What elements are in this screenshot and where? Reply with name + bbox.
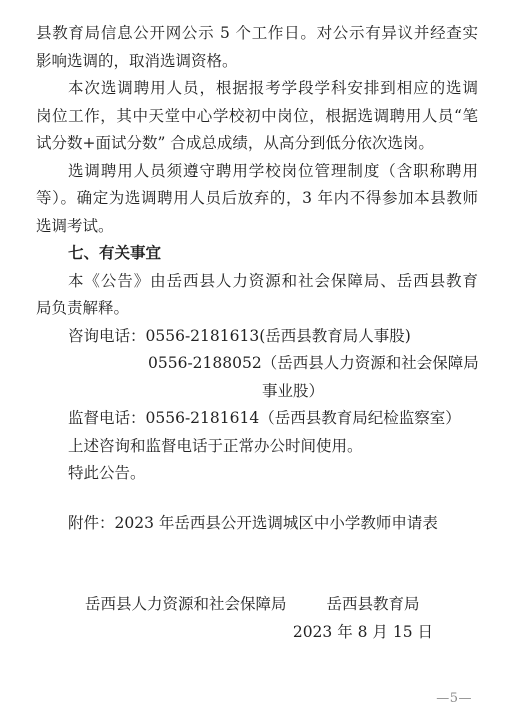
doc-line: 咨询电话：0556-2181613(岳西县教育局人事股): [36, 323, 478, 351]
signature-date: 2023 年 8 月 15 日: [36, 619, 478, 647]
doc-line: 上述咨询和监督电话于正常办公时间使用。: [36, 433, 478, 461]
doc-line: 事业股）: [36, 378, 478, 406]
doc-line: 影响选调的，取消选调资格。: [36, 48, 478, 76]
document-body: 县教育局信息公开网公示 5 个工作日。对公示有异议并经查实影响选调的，取消选调资…: [0, 0, 514, 537]
signature-org-right: 岳西县教育局: [327, 591, 420, 619]
page-number: —5—: [436, 692, 472, 705]
doc-line: 0556-2188052（岳西县人力资源和社会保障局: [36, 350, 478, 378]
doc-line: 县教育局信息公开网公示 5 个工作日。对公示有异议并经查实: [36, 20, 478, 48]
document-page: 县教育局信息公开网公示 5 个工作日。对公示有异议并经查实影响选调的，取消选调资…: [0, 0, 514, 713]
doc-line: 特此公告。: [36, 460, 478, 488]
doc-line: 监督电话：0556-2181614（岳西县教育局纪检监察室）: [36, 405, 478, 433]
doc-line: 选调考试。: [36, 213, 478, 241]
doc-line: 局负责解释。: [36, 295, 478, 323]
signature-org-left: 岳西县人力资源和社会保障局: [85, 591, 287, 619]
doc-line: 附件：2023 年岳西县公开选调城区中小学教师申请表: [36, 510, 478, 538]
doc-line: 本《公告》由岳西县人力资源和社会保障局、岳西县教育: [36, 268, 478, 296]
doc-line: 试分数+面试分数” 合成总成绩，从高分到低分依次选岗。: [36, 130, 478, 158]
signature-block: 岳西县人力资源和社会保障局 岳西县教育局 2023 年 8 月 15 日: [36, 591, 478, 646]
doc-line: 等）。确定为选调聘用人员后放弃的，3 年内不得参加本县教师: [36, 185, 478, 213]
doc-line: 本次选调聘用人员，根据报考学段学科安排到相应的选调: [36, 75, 478, 103]
doc-line: 选调聘用人员须遵守聘用学校岗位管理制度（含职称聘用: [36, 158, 478, 186]
signature-orgs-row: 岳西县人力资源和社会保障局 岳西县教育局: [36, 591, 478, 619]
section-heading: 七、有关事宜: [36, 240, 478, 268]
doc-line: 岗位工作，其中天堂中心学校初中岗位，根据选调聘用人员“笔: [36, 103, 478, 131]
